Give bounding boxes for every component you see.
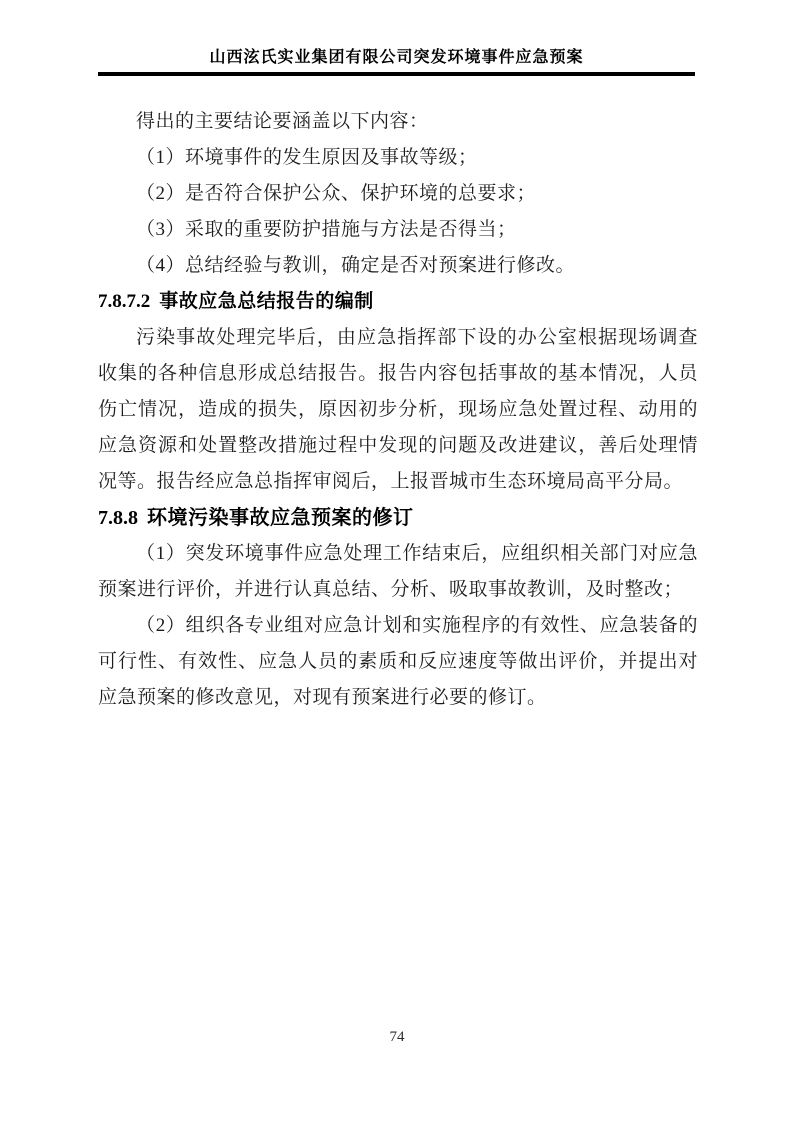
list-item-conclusion-4: （4）总结经验与教训，确定是否对预案进行修改。 [98, 248, 698, 284]
header-divider-rule [98, 72, 695, 76]
paragraph-revision-1: （1）突发环境事件应急处理工作结束后，应组织相关部门对应急预案进行评价，并进行认… [98, 536, 698, 608]
page-number: 74 [0, 1028, 794, 1046]
section-title-7-8-8: 环境污染事故应急预案的修订 [147, 507, 414, 529]
paragraph-revision-2: （2）组织各专业组对应急计划和实施程序的有效性、应急装备的可行性、有效性、应急人… [98, 608, 698, 716]
section-heading-7-8-7-2: 7.8.7.2事故应急总结报告的编制 [98, 284, 698, 320]
list-item-conclusion-1: （1）环境事件的发生原因及事故等级； [98, 140, 698, 176]
section-title-7-8-7-2: 事故应急总结报告的编制 [159, 291, 374, 312]
paragraph-conclusions-intro: 得出的主要结论要涵盖以下内容： [98, 104, 698, 140]
document-body: 得出的主要结论要涵盖以下内容： （1）环境事件的发生原因及事故等级； （2）是否… [98, 104, 698, 716]
page-header: 山西泫氏实业集团有限公司突发环境事件应急预案 [98, 47, 695, 76]
list-item-conclusion-2: （2）是否符合保护公众、保护环境的总要求； [98, 176, 698, 212]
document-page: 山西泫氏实业集团有限公司突发环境事件应急预案 得出的主要结论要涵盖以下内容： （… [0, 0, 794, 1123]
list-item-conclusion-3: （3）采取的重要防护措施与方法是否得当； [98, 212, 698, 248]
section-number-7-8-7-2: 7.8.7.2 [98, 291, 150, 312]
document-header-title: 山西泫氏实业集团有限公司突发环境事件应急预案 [98, 47, 695, 69]
section-heading-7-8-8: 7.8.8环境污染事故应急预案的修订 [98, 500, 698, 536]
paragraph-summary-report: 污染事故处理完毕后，由应急指挥部下设的办公室根据现场调查收集的各种信息形成总结报… [98, 320, 698, 500]
section-number-7-8-8: 7.8.8 [98, 507, 138, 529]
